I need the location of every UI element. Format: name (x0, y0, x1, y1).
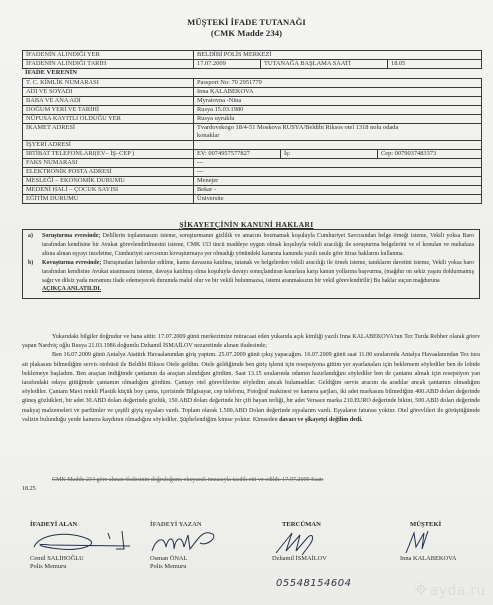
person-table: T. C. KİMLİK NUMARASI Passport No: 70 29… (22, 78, 482, 204)
marital-value: Bekar - (194, 186, 482, 195)
address-line-2: konaklar (197, 132, 478, 140)
registry-value: Rusya uyruklu (194, 115, 482, 124)
place-label: İFADENİN ALINDIĞI YER (23, 51, 194, 60)
rights-item-investigation: a) Soruşturma evresinde; Delillerin topl… (28, 232, 474, 259)
closing-line: CMK Madde 234 göre alınan ifadesinin doğ… (22, 476, 480, 485)
workplace-value (194, 141, 482, 150)
address-label: İKAMET ADRESİ (23, 124, 194, 141)
translator-handwritten-phone: 05548154604 (276, 578, 352, 589)
signature-scribble-icon (30, 529, 130, 555)
date-label: İFADENİN ALINDIĞI TARİH (23, 60, 194, 69)
document-subtitle: (CMK Madde 234) (0, 28, 493, 38)
date-value: 17.07.2009 (194, 60, 261, 69)
statement-body: Yukarıdaki bilgiler doğrudur ve bana ait… (22, 333, 480, 425)
full-name-value: Inna KALABEKOVA (194, 88, 482, 97)
rights-item-prosecution: b) Kovuşturma evresinde; Duruşmadan habe… (28, 259, 474, 295)
parents-label: BABA VE ANA ADI (23, 97, 194, 106)
rights-box: a) Soruşturma evresinde; Delillerin topl… (22, 229, 480, 299)
fax-label: FAKS NUMARASI (23, 159, 194, 168)
signature-block-translator: TERCÜMAN Dzhamil İSMAİLOV (272, 521, 342, 563)
signature-scribble-icon (272, 529, 342, 555)
mobile-phone-value: Cep: 0079037483373 (378, 150, 482, 159)
signature-scribble-icon (400, 529, 460, 555)
person-section-title: İFADE VERENİN (25, 69, 77, 76)
signature-block-complainant: MÜŞTEKİ Inna KALABEKOVA (400, 521, 460, 563)
id-number-label: T. C. KİMLİK NUMARASI (23, 79, 194, 88)
registry-label: NÜFUSA KAYITLI OLDUĞU YER (23, 115, 194, 124)
email-value: --- (194, 168, 482, 177)
education-label: EĞİTİM DURUMU (23, 195, 194, 204)
id-number-value: Passport No: 70 2951779 (194, 79, 482, 88)
address-line-1: Tvardovskogo 18/4-51 Moskova RUSYA/Beldi… (197, 124, 478, 132)
fax-value: --- (194, 159, 482, 168)
home-phone-value: EV: 0074957577827 (194, 150, 281, 159)
header-table: İFADENİN ALINDIĞI YER BELDİBİ POLİS MERK… (22, 50, 482, 69)
rights-explained: AÇIKÇA ANLATILDI. (42, 286, 101, 292)
birth-value: Rusya 15.03.1980 (194, 106, 482, 115)
closing-statement: CMK Madde 234 göre alınan ifadesinin doğ… (22, 476, 480, 494)
place-value: BELDİBİ POLİS MERKEZİ (194, 51, 482, 60)
rights-title: ŞİKAYETÇİNİN KANUNİ HAKLARI (0, 220, 493, 229)
parents-value: Myratovna -Nina (194, 97, 482, 106)
birth-label: DOĞUM YERİ VE TARİHİ (23, 106, 194, 115)
phones-label: İRTİBAT TELEFONLARI(EV– İŞ–CEP ) (23, 150, 194, 159)
email-label: ELEKTRONİK POSTA ADRESİ (23, 168, 194, 177)
work-phone-value: İş: (281, 150, 378, 159)
sun-spiral-icon (414, 582, 428, 596)
start-time-value: 18.05 (388, 60, 482, 69)
signature-scribble-icon (150, 529, 250, 555)
occupation-label: MESLEĞİ – EKONOMİK DURUMU (23, 177, 194, 186)
workplace-label: İŞYERİ ADRESİ (23, 141, 194, 150)
address-value: Tvardovskogo 18/4-51 Moskova RUSYA/Beldi… (194, 124, 482, 141)
full-name-label: ADI VE SOYADI (23, 88, 194, 97)
education-value: Üniversite (194, 195, 482, 204)
start-time-label: TUTANAĞA BAŞLAMA SAATİ (261, 60, 388, 69)
signature-block-statement-writer: İFADEYİ YAZAN Osman ÖNAL Polis Memuru (150, 521, 250, 571)
statement-main: Ben 16.07.2009 günü Antalya Atatürk Hava… (22, 351, 480, 425)
document-title: MÜŞTEKİ İFADE TUTANAĞI (0, 17, 493, 27)
statement-intro: Yukarıdaki bilgiler doğrudur ve bana ait… (22, 333, 480, 351)
watermark: ayda.ru (430, 583, 486, 599)
signature-block-statement-taker: İFADEYİ ALAN Cemil SALİHOĞLU Polis Memur… (30, 521, 130, 571)
occupation-value: Menejer (194, 177, 482, 186)
marital-label: MEDENİ HALİ – ÇOCUK SAYISI (23, 186, 194, 195)
closing-time: 18.25 (22, 485, 480, 494)
document-page: MÜŞTEKİ İFADE TUTANAĞI (CMK Madde 234) İ… (0, 0, 493, 605)
